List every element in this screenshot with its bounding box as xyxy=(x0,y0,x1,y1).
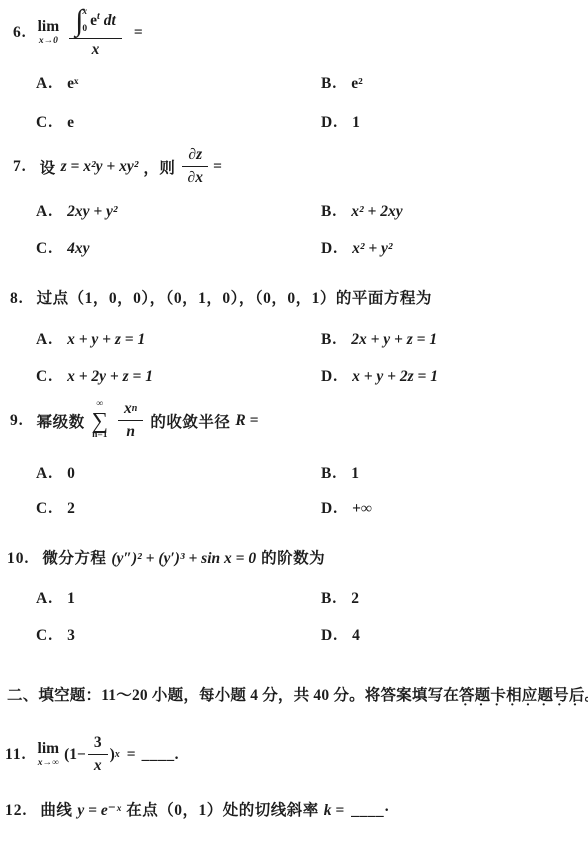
question-10-option-c: C.3 xyxy=(36,627,75,645)
stem-text: 过点（1，0，0），（0，1，0），（0，0，1）的平面方程为 xyxy=(37,286,432,308)
question-7-option-d: D.x² + y² xyxy=(321,240,393,258)
question-8-stem: 8. 过点（1，0，0），（0，1，0），（0，0，1）的平面方程为 xyxy=(10,286,434,308)
question-10-stem: 10. 微分方程 (y″)² + (y′)³ + sin x = 0 的阶数为 xyxy=(7,546,327,568)
equals-sign: = xyxy=(134,24,143,42)
stem-text: 曲线 xyxy=(40,798,72,820)
period: . xyxy=(175,746,179,764)
question-6-option-a: A.eˣ xyxy=(36,75,78,93)
limit-subscript: x→∞ xyxy=(38,759,59,769)
question-6-option-b: B.e² xyxy=(321,75,363,93)
fraction-numerator: ∂z xyxy=(182,146,208,167)
summation-sign: ∞ ∑ n=1 xyxy=(92,400,108,441)
sum-glyph: ∑ xyxy=(92,410,108,432)
stem-math: y = e⁻ˣ xyxy=(77,800,121,820)
emphasis-dots: ········ xyxy=(463,698,588,714)
stem-text: 微分方程 xyxy=(42,546,106,568)
section-2-header-text: 二、填空题：11～20 小题，每小题 4 分，共 40 分。将答案填写在 xyxy=(7,683,459,705)
question-9-number: 9. xyxy=(10,412,24,430)
integral-sign: ∫ x 0 xyxy=(75,6,87,36)
partial-derivative-fraction: ∂z ∂x xyxy=(182,146,208,187)
equals-sign: = xyxy=(127,746,136,764)
question-8-option-d: D.x + y + 2z = 1 xyxy=(321,368,438,386)
answer-blank: ____ xyxy=(142,746,175,764)
question-12-stem: 12. 曲线 y = e⁻ˣ 在点（0，1）处的切线斜率 k = ____ · xyxy=(5,798,389,820)
stem-text: 设 xyxy=(40,156,56,178)
question-9-option-b: B.1 xyxy=(321,465,359,483)
period: · xyxy=(384,802,389,820)
integral-upper-limit: x xyxy=(82,8,87,18)
question-9-option-d: D.+∞ xyxy=(321,500,372,518)
question-6-option-c: C.e xyxy=(36,114,74,132)
sum-lower-limit: n=1 xyxy=(92,431,107,441)
fraction-denominator: n xyxy=(126,421,135,441)
limit-operator: lim x→0 xyxy=(38,19,60,46)
stem-text: 幂级数 xyxy=(37,410,85,432)
question-9-stem: 9. 幂级数 ∞ ∑ n=1 xn n 的收敛半径 R = xyxy=(10,400,261,441)
question-12-number: 12. xyxy=(5,802,27,820)
question-6-number: 6. xyxy=(13,24,27,42)
section-2-emphasized-text: 答题卡相应题号后。 ········ xyxy=(459,683,588,705)
fraction-denominator: x xyxy=(94,755,102,775)
integral-lower-limit: 0 xyxy=(82,25,87,35)
question-10-option-a: A.1 xyxy=(36,590,75,608)
stem-math: (y″)² + (y′)³ + sin x = 0 xyxy=(111,550,256,568)
stem-text: ，则 xyxy=(143,156,175,178)
limit-subscript: x→0 xyxy=(39,37,58,47)
question-9-option-c: C.2 xyxy=(36,500,75,518)
fraction: 3 x xyxy=(88,734,108,775)
section-2-header: 二、填空题：11～20 小题，每小题 4 分，共 40 分。将答案填写在 答题卡… xyxy=(7,683,588,705)
equals-sign: = xyxy=(213,158,222,176)
question-7-option-a: A.2xy + y² xyxy=(36,203,118,221)
stem-math: z = x²y + xy² xyxy=(61,158,139,176)
limit-word: lim xyxy=(38,19,60,35)
question-11-stem: 11. lim x→∞ (1− 3 x )x = ____ . xyxy=(5,734,178,775)
integrand: etdt xyxy=(90,12,116,30)
question-6-option-d: D.1 xyxy=(321,114,360,132)
stem-text: 的收敛半径 xyxy=(150,410,230,432)
limit-word: lim xyxy=(38,741,60,757)
question-7-option-c: C.4xy xyxy=(36,240,89,258)
limit-operator: lim x→∞ xyxy=(38,741,60,768)
question-8-option-a: A.x + y + z = 1 xyxy=(36,331,145,349)
stem-text: 的阶数为 xyxy=(261,546,325,568)
fraction-denominator: ∂x xyxy=(188,167,203,187)
question-10-option-b: B.2 xyxy=(321,590,359,608)
question-8-number: 8. xyxy=(10,290,24,308)
fraction-numerator: xn xyxy=(118,400,143,421)
answer-blank: ____ xyxy=(351,802,384,820)
open-paren: (1− xyxy=(64,746,86,764)
question-10-option-d: D.4 xyxy=(321,627,360,645)
question-8-option-b: B.2x + y + z = 1 xyxy=(321,331,437,349)
close-paren: ) xyxy=(110,746,115,764)
question-11-number: 11. xyxy=(5,746,27,764)
question-7-number: 7. xyxy=(13,158,27,176)
exam-page: 6. lim x→0 ∫ x 0 etdt x = A.eˣ B.e² xyxy=(0,0,588,844)
stem-math: R = xyxy=(235,412,258,430)
question-9-option-a: A.0 xyxy=(36,465,75,483)
stem-text: 在点（0，1）处的切线斜率 xyxy=(126,798,319,820)
fraction-denominator: x xyxy=(92,39,100,59)
series-term-fraction: xn n xyxy=(118,400,143,441)
question-8-option-c: C.x + 2y + z = 1 xyxy=(36,368,153,386)
question-6-stem: 6. lim x→0 ∫ x 0 etdt x = xyxy=(13,6,143,59)
question-7-option-b: B.x² + 2xy xyxy=(321,203,403,221)
question-7-stem: 7. 设 z = x²y + xy² ，则 ∂z ∂x = xyxy=(13,146,222,187)
question-10-number: 10. xyxy=(7,550,29,568)
fraction: ∫ x 0 etdt x xyxy=(69,6,122,59)
fraction-numerator: 3 xyxy=(88,734,108,755)
stem-math: k = xyxy=(324,802,344,820)
